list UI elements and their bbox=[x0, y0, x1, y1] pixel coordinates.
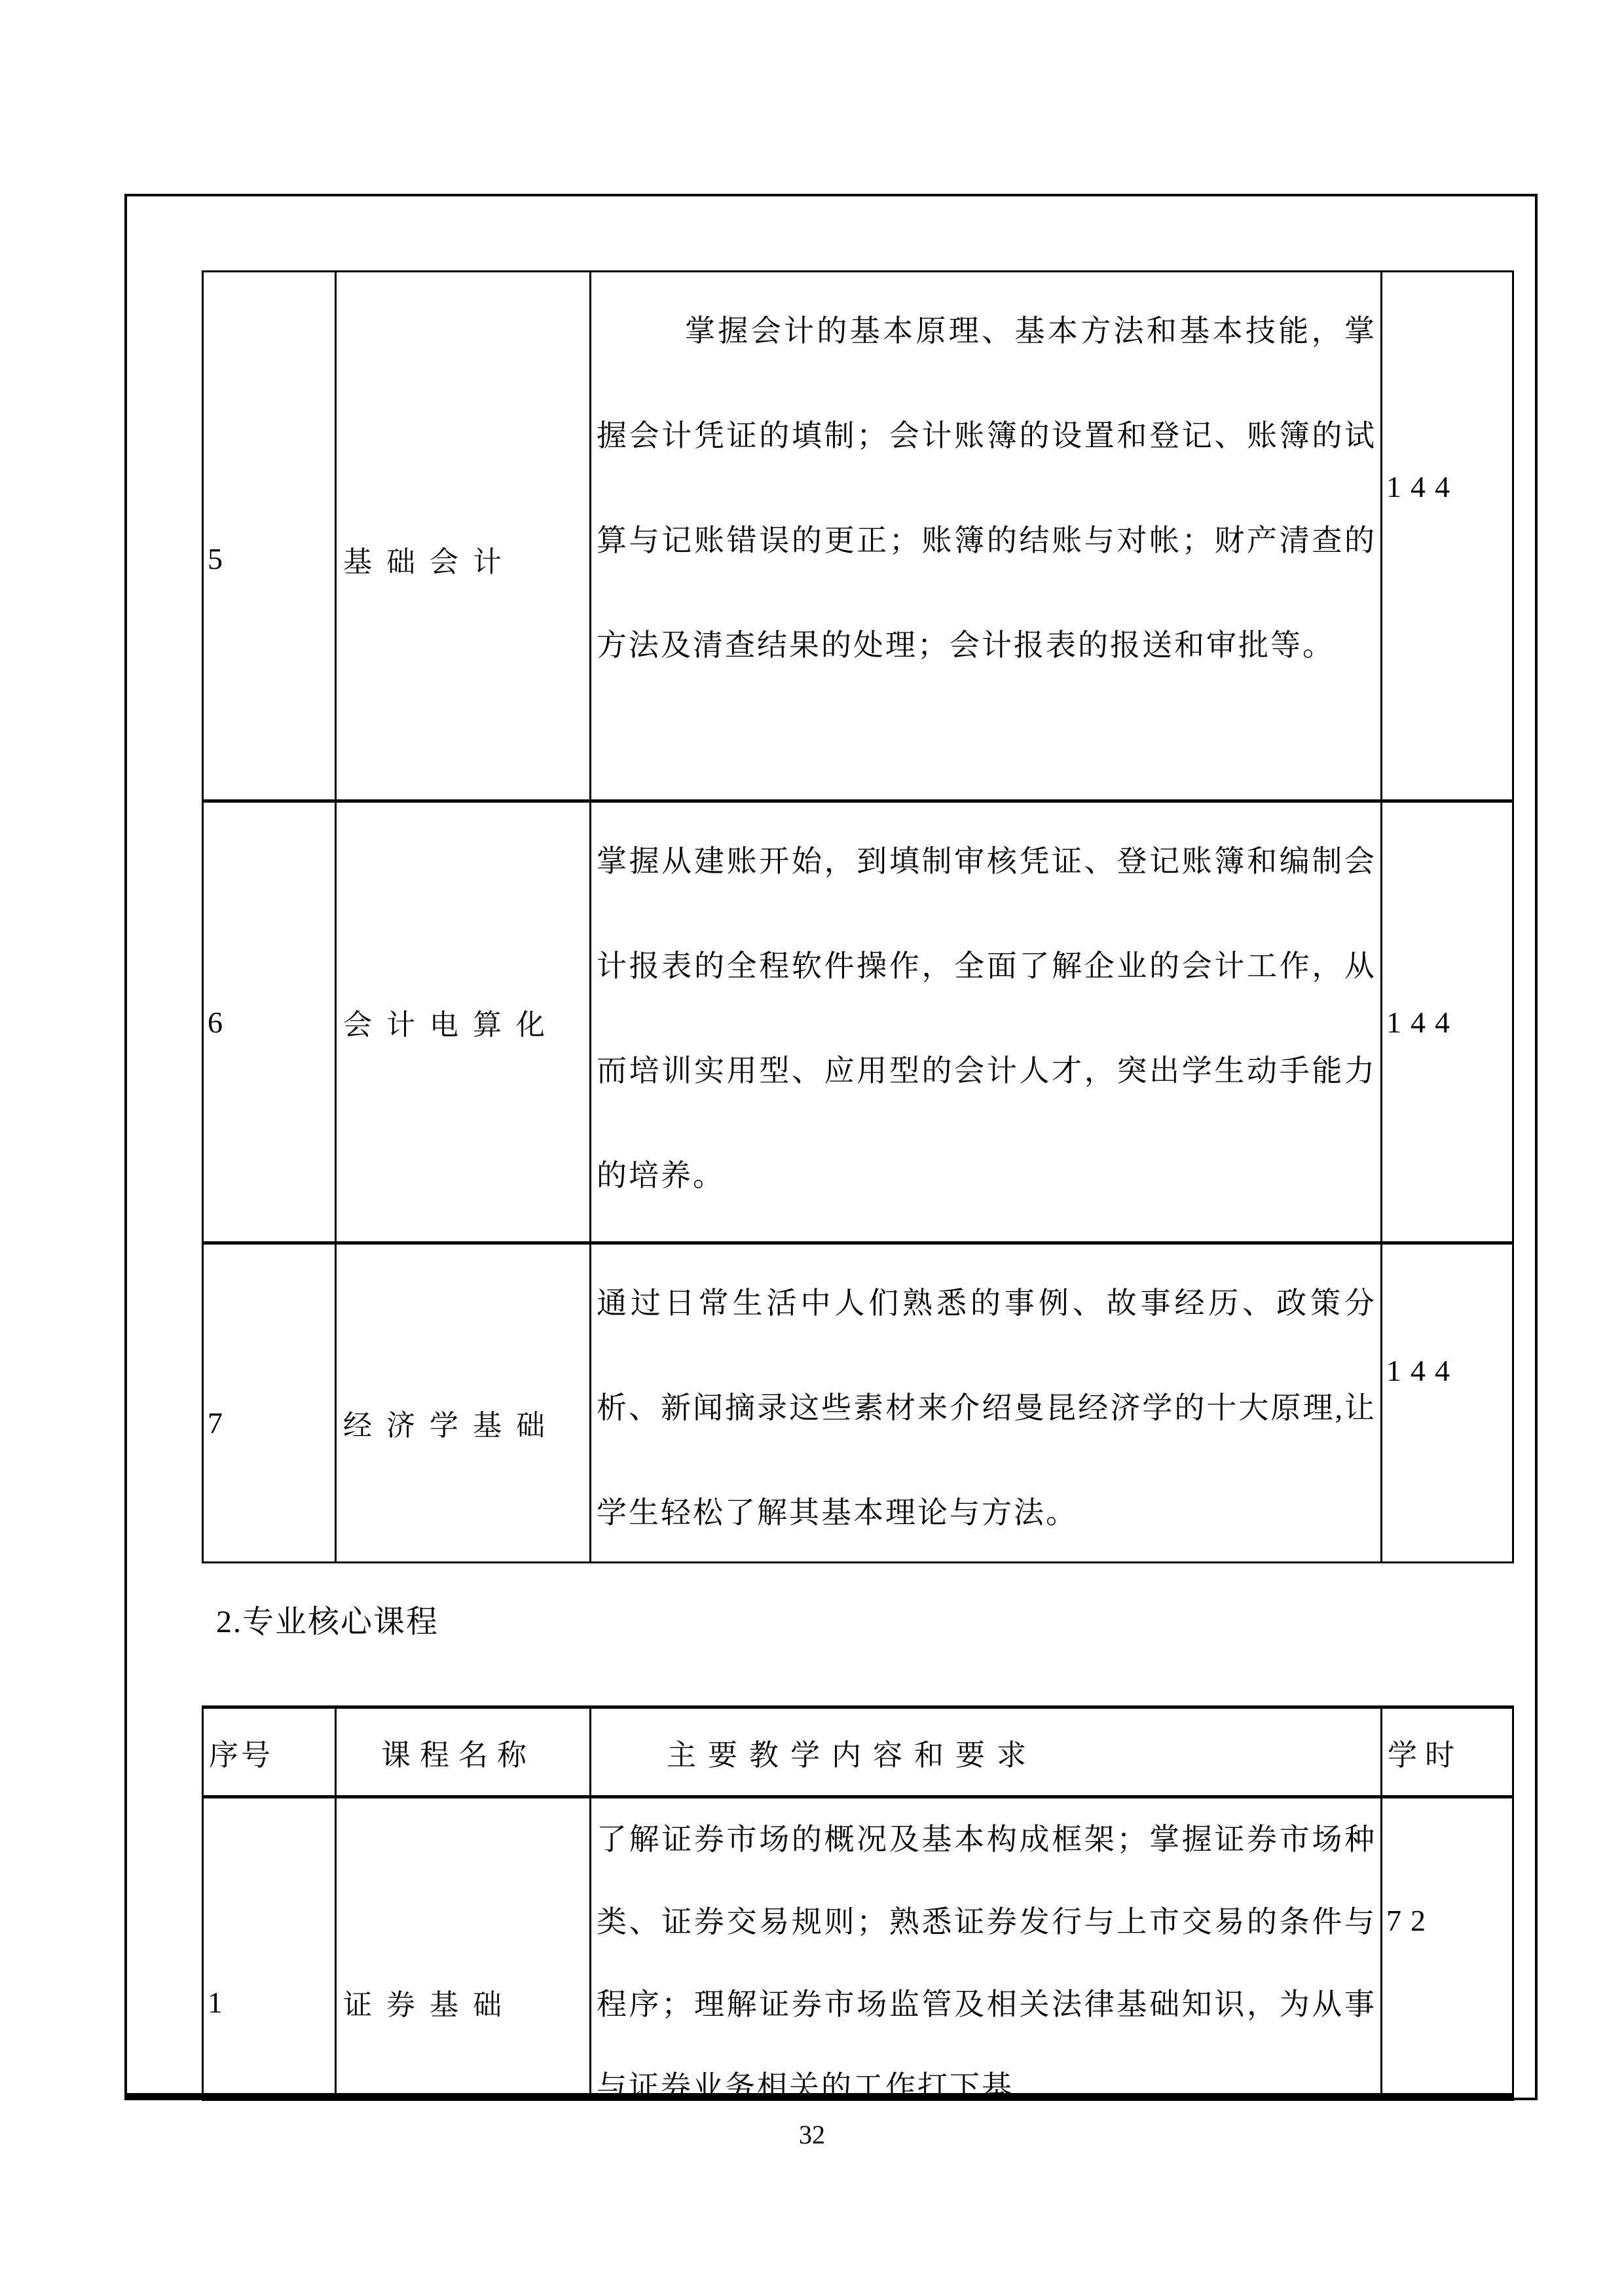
row-number: 5 bbox=[208, 541, 223, 576]
course-name-cell: 会计电算化 bbox=[335, 803, 589, 1241]
course-description-cell: 掌握会计的基本原理、基本方法和基本技能，掌握会计凭证的填制；会计账簿的设置和登记… bbox=[589, 272, 1380, 799]
course-name-cell: 经济学基础 bbox=[335, 1245, 589, 1561]
header-hours-label: 学时 bbox=[1388, 1731, 1462, 1774]
core-course-table: 序号 课程名称 主要教学内容和要求 学时 1 证券基础 了解证券市场的概况及基本… bbox=[202, 1705, 1514, 2101]
table-row: 7 经济学基础 通过日常生活中人们熟悉的事例、故事经历、政策分析、新闻摘录这些素… bbox=[204, 1241, 1512, 1561]
row-number: 7 bbox=[208, 1406, 223, 1440]
course-name-cell: 基础会计 bbox=[335, 272, 589, 799]
course-name: 基础会计 bbox=[343, 538, 516, 580]
page-bottom-rule bbox=[124, 2093, 1514, 2099]
course-hours-cell: 144 bbox=[1380, 803, 1512, 1241]
header-hours-cell: 学时 bbox=[1380, 1709, 1512, 1795]
course-hours-cell: 144 bbox=[1380, 1245, 1512, 1561]
row-number-cell: 7 bbox=[204, 1245, 335, 1561]
row-number-cell: 5 bbox=[204, 272, 335, 799]
course-hours-cell: 144 bbox=[1380, 272, 1512, 799]
course-name: 证券基础 bbox=[343, 1981, 516, 2023]
document-page: 5 基础会计 掌握会计的基本原理、基本方法和基本技能，掌握会计凭证的填制；会计账… bbox=[0, 0, 1624, 2296]
table-row: 6 会计电算化 掌握从建账开始，到填制审核凭证、登记账簿和编制会计报表的全程软件… bbox=[204, 799, 1512, 1241]
table-header-row: 序号 课程名称 主要教学内容和要求 学时 bbox=[204, 1709, 1512, 1795]
table-row: 5 基础会计 掌握会计的基本原理、基本方法和基本技能，掌握会计凭证的填制；会计账… bbox=[204, 272, 1512, 799]
course-description: 掌握从建账开始，到填制审核凭证、登记账簿和编制会计报表的全程软件操作，全面了解企… bbox=[597, 845, 1376, 1192]
course-hours: 144 bbox=[1386, 469, 1459, 504]
header-course-cell: 课程名称 bbox=[335, 1709, 589, 1795]
header-number-label: 序号 bbox=[209, 1731, 273, 1774]
course-description-cell: 通过日常生活中人们熟悉的事例、故事经历、政策分析、新闻摘录这些素材来介绍曼昆经济… bbox=[589, 1245, 1380, 1561]
course-hours-cell: 72 bbox=[1380, 1798, 1512, 2101]
header-content-label: 主要教学内容和要求 bbox=[667, 1731, 1038, 1774]
header-number-cell: 序号 bbox=[204, 1709, 335, 1795]
header-course-label: 课程名称 bbox=[381, 1731, 536, 1774]
section-heading: 2.专业核心课程 bbox=[216, 1596, 439, 1641]
table-row: 1 证券基础 了解证券市场的概况及基本构成框架；掌握证券市场种类、证券交易规则；… bbox=[204, 1795, 1512, 2101]
course-name: 经济学基础 bbox=[343, 1402, 559, 1444]
course-description: 通过日常生活中人们熟悉的事例、故事经历、政策分析、新闻摘录这些素材来介绍曼昆经济… bbox=[597, 1286, 1376, 1529]
row-number-cell: 6 bbox=[204, 803, 335, 1241]
course-hours: 144 bbox=[1386, 1353, 1459, 1388]
row-number-cell: 1 bbox=[204, 1798, 335, 2101]
course-description-cell: 掌握从建账开始，到填制审核凭证、登记账簿和编制会计报表的全程软件操作，全面了解企… bbox=[589, 803, 1380, 1241]
row-number: 1 bbox=[208, 1985, 223, 2020]
course-hours: 72 bbox=[1386, 1903, 1435, 1938]
row-number: 6 bbox=[208, 1005, 223, 1040]
course-name-cell: 证券基础 bbox=[335, 1798, 589, 2101]
course-hours: 144 bbox=[1386, 1005, 1459, 1040]
basic-course-table: 5 基础会计 掌握会计的基本原理、基本方法和基本技能，掌握会计凭证的填制；会计账… bbox=[202, 270, 1514, 1563]
course-description: 了解证券市场的概况及基本构成框架；掌握证券市场种类、证券交易规则；熟悉证券发行与… bbox=[597, 1823, 1376, 2101]
course-description-cell: 了解证券市场的概况及基本构成框架；掌握证券市场种类、证券交易规则；熟悉证券发行与… bbox=[589, 1798, 1380, 2101]
course-name: 会计电算化 bbox=[343, 1001, 559, 1043]
header-content-cell: 主要教学内容和要求 bbox=[589, 1709, 1380, 1795]
page-number: 32 bbox=[0, 2119, 1624, 2150]
course-description: 掌握会计的基本原理、基本方法和基本技能，掌握会计凭证的填制；会计账簿的设置和登记… bbox=[597, 314, 1376, 662]
